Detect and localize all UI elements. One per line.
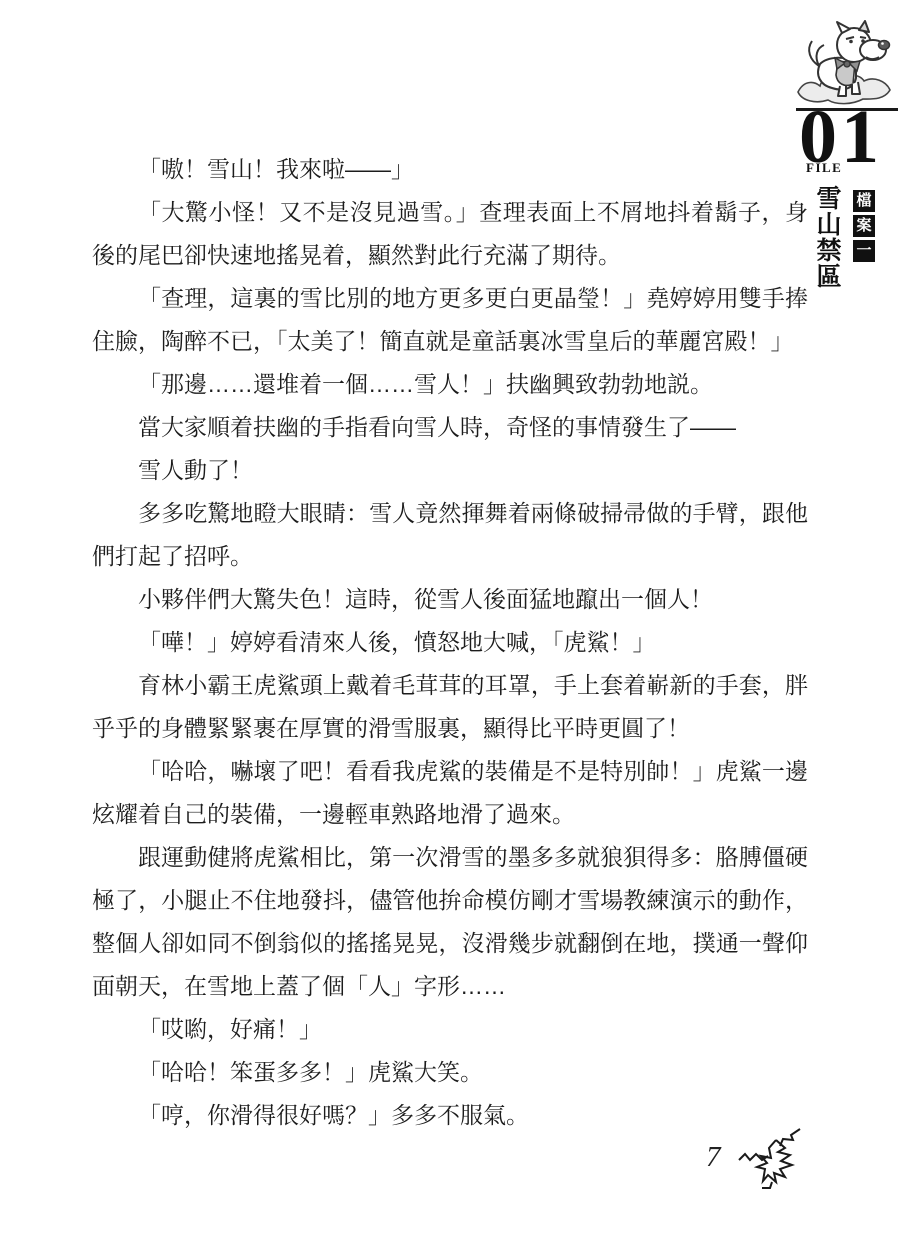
book-page: 01 FILE 雪山禁區 檔案一 「嗷！雪山！我來啦——」「大驚小怪！又不是沒見…: [0, 0, 900, 1243]
chapter-title-char: 雪: [813, 187, 845, 212]
story-paragraph: 「嗷！雪山！我來啦——」: [92, 148, 808, 191]
story-paragraph: 「哈哈！笨蛋多多！」虎鯊大笑。: [92, 1051, 808, 1094]
story-text: 「嗷！雪山！我來啦——」「大驚小怪！又不是沒見過雪。」查理表面上不屑地抖着鬍子，…: [92, 148, 808, 1137]
story-paragraph: 「查理，這裏的雪比別的地方更多更白更晶瑩！」堯婷婷用雙手捧住臉，陶醉不已，「太美…: [92, 277, 808, 363]
chapter-title-char: 禁: [813, 239, 845, 264]
story-paragraph: 「大驚小怪！又不是沒見過雪。」查理表面上不屑地抖着鬍子，身後的尾巴卻快速地搖晃着…: [92, 191, 808, 277]
story-paragraph: 小夥伴們大驚失色！這時，從雪人後面猛地躥出一個人！: [92, 578, 808, 621]
story-paragraph: 育林小霸王虎鯊頭上戴着毛茸茸的耳罩，手上套着嶄新的手套，胖乎乎的身體緊緊裹在厚實…: [92, 664, 808, 750]
story-paragraph: 「那邊……還堆着一個……雪人！」扶幽興致勃勃地説。: [92, 363, 808, 406]
file-label-char: 案: [853, 215, 875, 237]
story-paragraph: 「哼，你滑得很好嗎？」多多不服氣。: [92, 1094, 808, 1137]
file-word-label: FILE: [806, 160, 842, 176]
page-number: 7: [706, 1141, 721, 1174]
file-label-char: 檔: [853, 190, 875, 212]
story-paragraph: 「哎喲，好痛！」: [92, 1008, 808, 1051]
story-paragraph: 當大家順着扶幽的手指看向雪人時，奇怪的事情發生了——: [92, 406, 808, 449]
file-label-char: 一: [853, 240, 875, 262]
story-paragraph: 雪人動了！: [92, 449, 808, 492]
file-label-boxes: 檔案一: [853, 190, 875, 262]
file-number: 01: [799, 106, 883, 168]
story-paragraph: 「哈哈，嚇壞了吧！看看我虎鯊的裝備是不是特別帥！」虎鯊一邊炫耀着自己的裝備，一邊…: [92, 750, 808, 836]
story-paragraph: 「嘩！」婷婷看清來人後，憤怒地大喊，「虎鯊！」: [92, 621, 808, 664]
chapter-title-char: 山: [813, 213, 845, 238]
story-paragraph: 多多吃驚地瞪大眼睛：雪人竟然揮舞着兩條破掃帚做的手臂，跟他們打起了招呼。: [92, 492, 808, 578]
chapter-title: 雪山禁區: [813, 187, 845, 290]
crack-scribble-icon: [736, 1122, 806, 1192]
story-paragraph: 跟運動健將虎鯊相比，第一次滑雪的墨多多就狼狽得多：胳膊僵硬極了，小腿止不住地發抖…: [92, 836, 808, 1008]
chapter-title-char: 區: [813, 265, 845, 290]
